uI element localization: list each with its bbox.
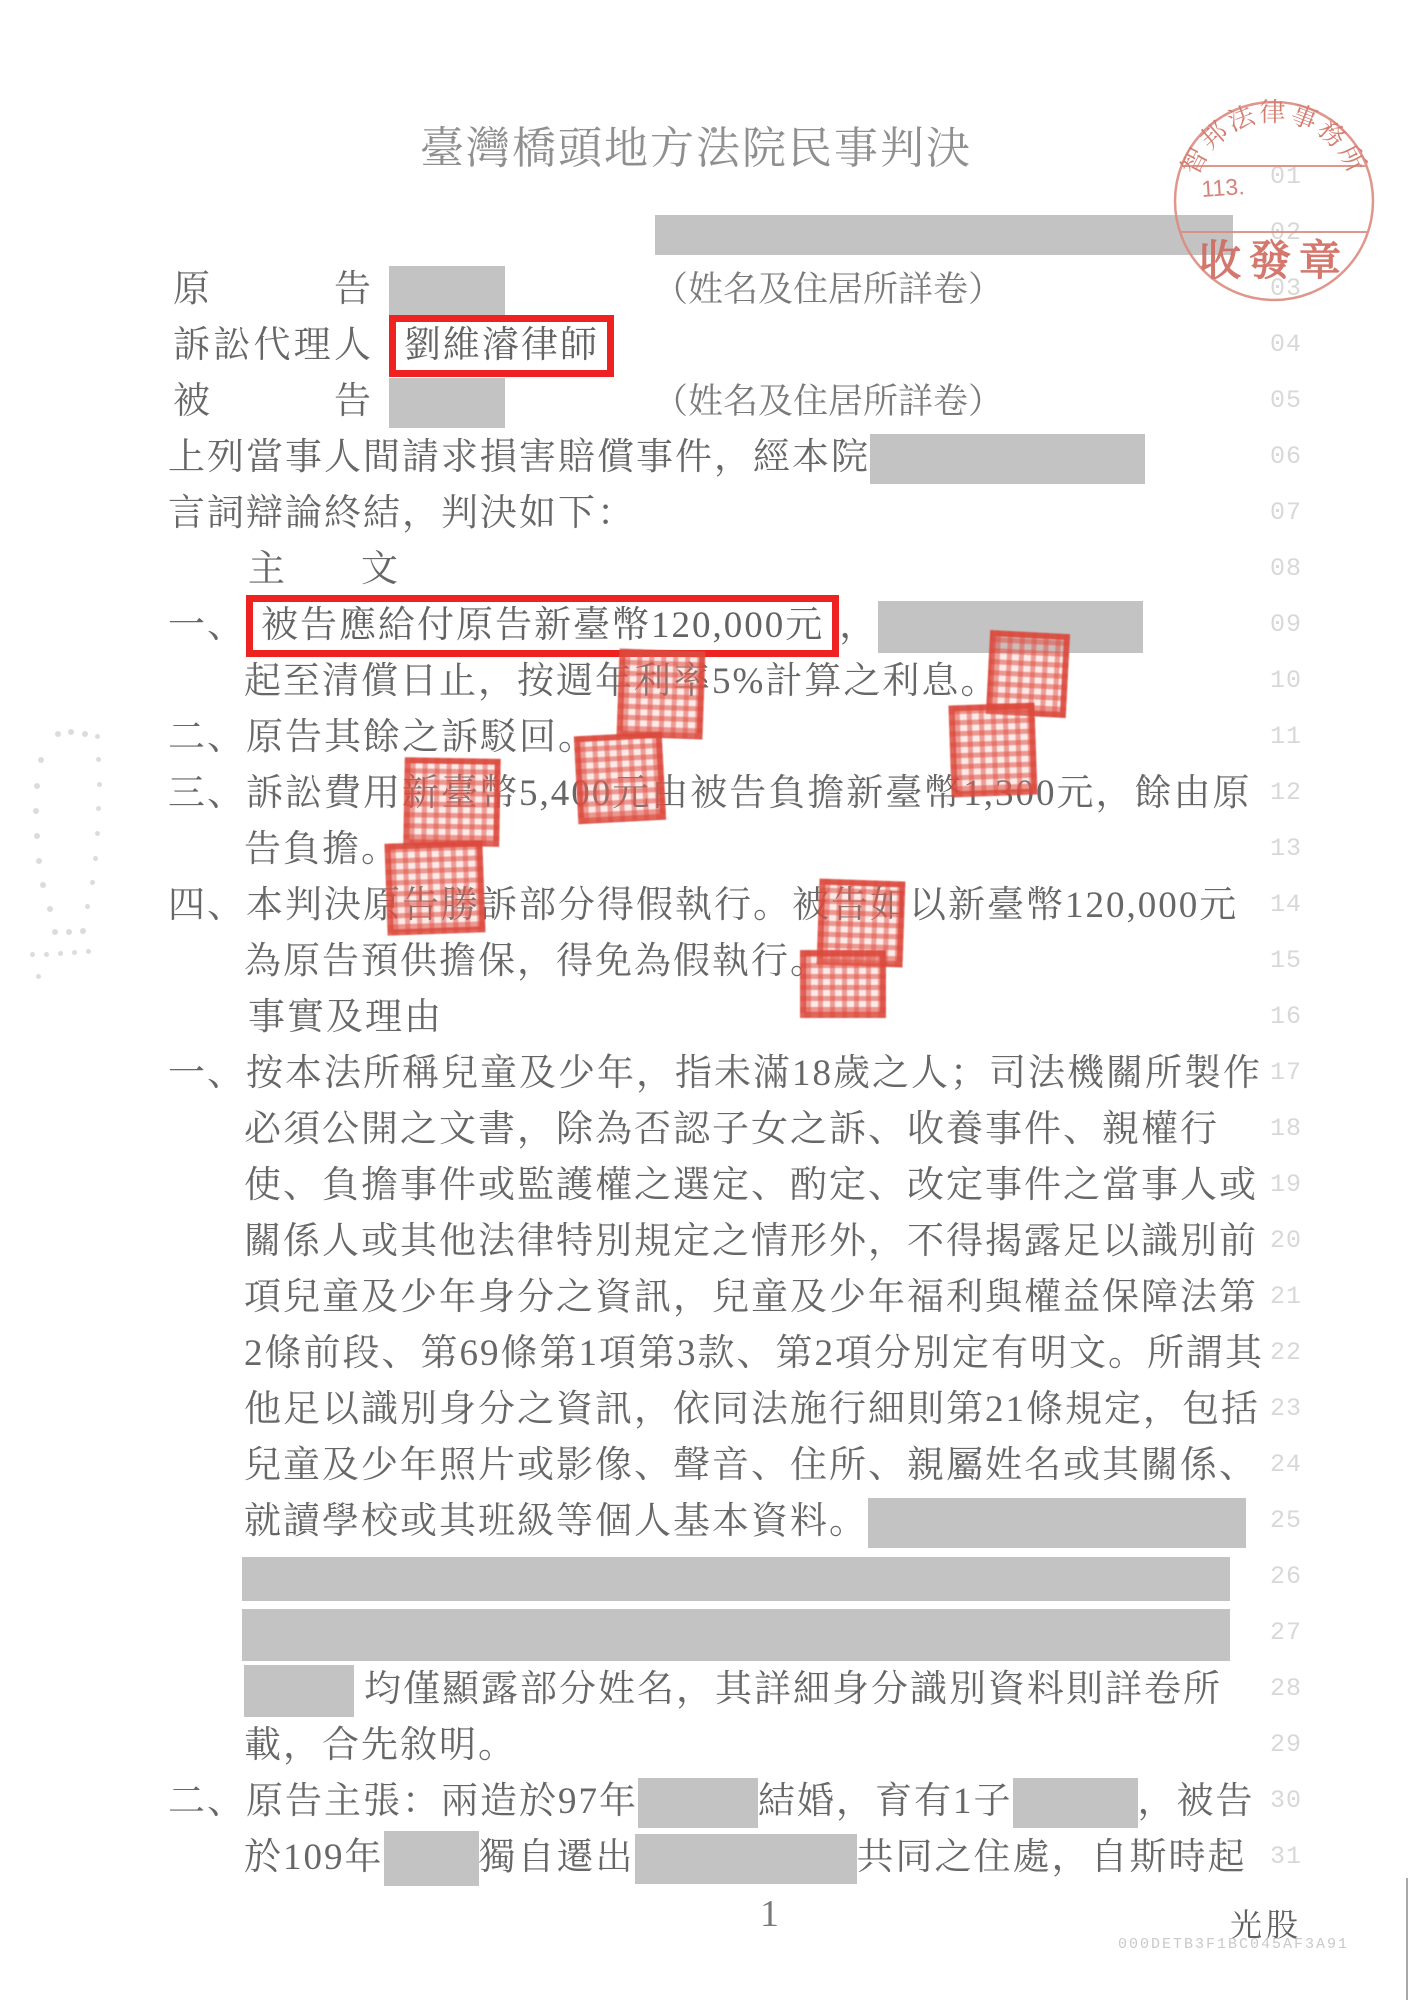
- doc-line-13: 告負擔。: [244, 824, 400, 876]
- redaction-box: [635, 1834, 857, 1884]
- line-text: 二、原告其餘之訴駁回。: [168, 717, 597, 758]
- redaction-box: [389, 266, 505, 316]
- margin-line-number: 28: [1270, 1674, 1310, 1703]
- doc-line-29: 載，合先敘明。: [244, 1720, 517, 1772]
- doc-line-25: 就讀學校或其班級等個人基本資料。: [244, 1496, 1246, 1548]
- binding-dot: [34, 783, 40, 789]
- line-text: 均僅顯露部分姓名，其詳細身分識別資料則詳卷所: [364, 1669, 1222, 1710]
- margin-line-number: 23: [1270, 1394, 1310, 1423]
- line-text: 上列當事人間請求損害賠償事件，經本院: [168, 437, 870, 478]
- line-text: 就讀學校或其班級等個人基本資料。: [244, 1501, 868, 1542]
- margin-line-number: 06: [1270, 442, 1310, 471]
- binding-dot: [72, 950, 77, 955]
- binding-dot: [66, 929, 72, 935]
- court-judgment-page: 臺灣橋頭地方法院民事判決 原告（姓名及住居所詳卷）訴訟代理人劉維濬律師被告（姓名…: [0, 0, 1414, 2000]
- binding-dot: [34, 833, 40, 839]
- page-edge-line: [1406, 1878, 1408, 2000]
- binding-dot: [47, 906, 53, 912]
- binding-dot: [96, 806, 101, 811]
- margin-line-number: 04: [1270, 330, 1310, 359]
- binding-dot: [86, 949, 91, 954]
- margin-line-number: 31: [1270, 1842, 1310, 1871]
- red-highlight-box: 劉維濬律師: [389, 315, 614, 377]
- margin-line-number: 30: [1270, 1786, 1310, 1815]
- binding-dot: [93, 856, 98, 861]
- red-seal-stamp: [800, 950, 886, 1018]
- stamp-label: 收發章: [1199, 237, 1349, 285]
- line-text: 告負擔。: [244, 829, 400, 870]
- margin-line-number: 16: [1270, 1002, 1310, 1031]
- binding-dot: [55, 731, 61, 737]
- doc-line-27: [242, 1608, 1230, 1660]
- doc-line-14: 四、本判決原告勝訴部分得假執行。被告如以新臺幣120,000元: [168, 880, 1238, 932]
- binding-dot: [95, 734, 100, 739]
- line-text: 2條前段、第69條第1項第3款、第2項分別定有明文。所謂其: [244, 1333, 1264, 1374]
- margin-line-number: 20: [1270, 1226, 1310, 1255]
- doc-line-11: 二、原告其餘之訴駁回。: [168, 712, 597, 764]
- doc-line-07: 言詞辯論終結，判決如下：: [168, 488, 636, 540]
- doc-line-17: 一、按本法所稱兒童及少年，指未滿18歲之人；司法機關所製作: [168, 1048, 1262, 1100]
- margin-line-number: 26: [1270, 1562, 1310, 1591]
- line-text: 主: [248, 549, 287, 590]
- binding-dot: [95, 831, 100, 836]
- margin-line-number: 19: [1270, 1170, 1310, 1199]
- doc-line-21: 項兒童及少年身分之資訊，兒童及少年福利與權益保障法第: [244, 1272, 1258, 1324]
- line-text: 二、原告主張：兩造於97年: [168, 1781, 638, 1822]
- margin-line-number: 09: [1270, 610, 1310, 639]
- line-text: 一、按本法所稱兒童及少年，指未滿18歲之人；司法機關所製作: [168, 1053, 1262, 1094]
- binding-dot: [90, 880, 95, 885]
- line-text: 共同之住處，自斯時起: [857, 1837, 1247, 1878]
- law-firm-receipt-stamp: 智邦法律事務所 113. 收發章: [1158, 85, 1390, 317]
- doc-line-24: 兒童及少年照片或影像、聲音、住所、親屬姓名或其關係、: [244, 1440, 1258, 1492]
- binding-dot: [33, 808, 39, 814]
- margin-line-number: 29: [1270, 1730, 1310, 1759]
- margin-line-number: 15: [1270, 946, 1310, 975]
- margin-line-number: 05: [1270, 386, 1310, 415]
- redaction-box: [655, 215, 1233, 255]
- line-text: 必須公開之文書，除為否認子女之訴、收養事件、親權行: [244, 1109, 1219, 1150]
- doc-line-28: 均僅顯露部分姓名，其詳細身分識別資料則詳卷所: [244, 1664, 1222, 1716]
- redaction-box: [1013, 1778, 1138, 1828]
- red-seal-stamp: [616, 649, 705, 740]
- party-label: 被告: [173, 376, 373, 428]
- margin-line-number: 24: [1270, 1450, 1310, 1479]
- line-text: 結婚，育有1子: [758, 1781, 1013, 1822]
- redaction-box: [870, 434, 1145, 484]
- binding-dot: [38, 757, 44, 763]
- page-title: 臺灣橋頭地方法院民事判決: [420, 112, 972, 176]
- line-text: 項兒童及少年身分之資訊，兒童及少年福利與權益保障法第: [244, 1277, 1258, 1318]
- red-seal-stamp: [403, 757, 501, 847]
- redaction-box: [638, 1778, 758, 1828]
- binding-dot: [52, 929, 58, 935]
- redaction-box: [242, 1557, 1230, 1601]
- line-text: 兒童及少年照片或影像、聲音、住所、親屬姓名或其關係、: [244, 1445, 1258, 1486]
- doc-line-08: 主文: [248, 544, 400, 596]
- margin-line-number: 13: [1270, 834, 1310, 863]
- doc-line-23: 他足以識別身分之資訊，依同法施行細則第21條規定，包括: [244, 1384, 1260, 1436]
- stamp-number: 113.: [1201, 173, 1246, 202]
- doc-line-31: 於109年獨自遷出共同之住處，自斯時起: [244, 1832, 1247, 1884]
- margin-line-number: 11: [1270, 722, 1310, 751]
- binding-dot: [36, 858, 42, 864]
- doc-line-18: 必須公開之文書，除為否認子女之訴、收養事件、親權行: [244, 1104, 1219, 1156]
- line-text: 一、: [168, 605, 246, 646]
- doc-line-05: 被告（姓名及住居所詳卷）: [173, 376, 1003, 428]
- margin-line-number: 25: [1270, 1506, 1310, 1535]
- binding-dot: [82, 731, 88, 737]
- doc-line-26: [242, 1552, 1230, 1604]
- binding-dot: [58, 951, 63, 956]
- redaction-box: [244, 1665, 354, 1717]
- line-text: ，: [839, 605, 878, 646]
- binding-dot: [30, 952, 35, 957]
- line-text: ，被告: [1138, 1781, 1255, 1822]
- party-label: 原告: [173, 264, 373, 316]
- line-text: 於109年: [244, 1837, 384, 1878]
- line-text: 言詞辯論終結，判決如下：: [168, 493, 636, 534]
- stamp-firm-name: 智邦法律事務所: [1176, 98, 1372, 180]
- line-text: 使、負擔事件或監護權之選定、酌定、改定事件之當事人或: [244, 1165, 1258, 1206]
- doc-line-20: 關係人或其他法律特別規定之情形外，不得揭露足以識別前: [244, 1216, 1258, 1268]
- line-text: 為原告預供擔保，得免為假執行。: [244, 941, 829, 982]
- doc-line-15: 為原告預供擔保，得免為假執行。: [244, 936, 829, 988]
- svg-text:智邦法律事務所: 智邦法律事務所: [1176, 98, 1372, 180]
- scan-speck: [711, 127, 717, 133]
- doc-line-02: [655, 208, 1233, 260]
- binding-dot: [36, 974, 41, 979]
- line-text: 四、本判決原告勝訴部分得假執行。被告如以新臺幣120,000元: [168, 885, 1238, 926]
- margin-line-number: 18: [1270, 1114, 1310, 1143]
- doc-line-19: 使、負擔事件或監護權之選定、酌定、改定事件之當事人或: [244, 1160, 1258, 1212]
- doc-line-30: 二、原告主張：兩造於97年結婚，育有1子，被告: [168, 1776, 1255, 1828]
- margin-line-number: 22: [1270, 1338, 1310, 1367]
- line-text: 獨自遷出: [479, 1837, 635, 1878]
- binding-dot: [40, 882, 46, 888]
- page-number: 1: [760, 1892, 779, 1936]
- red-seal-stamp: [948, 703, 1037, 798]
- binding-dot: [85, 904, 90, 909]
- doc-line-04: 訴訟代理人劉維濬律師: [173, 320, 614, 372]
- line-text: 載，合先敘明。: [244, 1725, 517, 1766]
- binding-dot: [96, 757, 101, 762]
- margin-line-number: 07: [1270, 498, 1310, 527]
- doc-line-22: 2條前段、第69條第1項第3款、第2項分別定有明文。所謂其: [244, 1328, 1264, 1380]
- margin-line-number: 27: [1270, 1618, 1310, 1647]
- line-text: 關係人或其他法律特別規定之情形外，不得揭露足以識別前: [244, 1221, 1258, 1262]
- red-highlight-box: 被告應給付原告新臺幣120,000元: [246, 595, 839, 657]
- doc-line-16: 事實及理由: [248, 992, 443, 1044]
- line-text: （姓名及住居所詳卷）: [653, 382, 1003, 421]
- binding-dot: [97, 782, 102, 787]
- line-text: 事實及理由: [248, 997, 443, 1038]
- doc-line-03: 原告（姓名及住居所詳卷）: [173, 264, 1003, 316]
- margin-line-number: 17: [1270, 1058, 1310, 1087]
- line-text: 他足以識別身分之資訊，依同法施行細則第21條規定，包括: [244, 1389, 1260, 1430]
- red-seal-stamp: [574, 732, 666, 824]
- red-seal-stamp: [384, 840, 485, 935]
- margin-line-number: 08: [1270, 554, 1310, 583]
- binding-dot: [68, 729, 74, 735]
- redaction-box: [868, 1498, 1246, 1548]
- redaction-box: [389, 378, 505, 428]
- doc-line-12: 三、訴訟費用新臺幣5,400元由被告負擔新臺幣1,300元，餘由原: [168, 768, 1252, 820]
- margin-line-number: 14: [1270, 890, 1310, 919]
- doc-line-06: 上列當事人間請求損害賠償事件，經本院: [168, 432, 1145, 484]
- margin-line-number: 21: [1270, 1282, 1310, 1311]
- binding-dot: [44, 952, 49, 957]
- line-text: 三、訴訟費用新臺幣5,400元由被告負擔新臺幣1,300元，餘由原: [168, 773, 1252, 814]
- line-text: （姓名及住居所詳卷）: [653, 270, 1003, 309]
- binding-dot: [80, 928, 86, 934]
- line-text: 文: [361, 549, 400, 590]
- redaction-box: [242, 1609, 1230, 1661]
- party-label: 訴訟代理人: [173, 320, 373, 372]
- document-barcode-text: 000DETB3F1BC045AF3A91: [1118, 1936, 1349, 1953]
- redaction-box: [384, 1831, 479, 1886]
- margin-line-number: 10: [1270, 666, 1310, 695]
- margin-line-number: 12: [1270, 778, 1310, 807]
